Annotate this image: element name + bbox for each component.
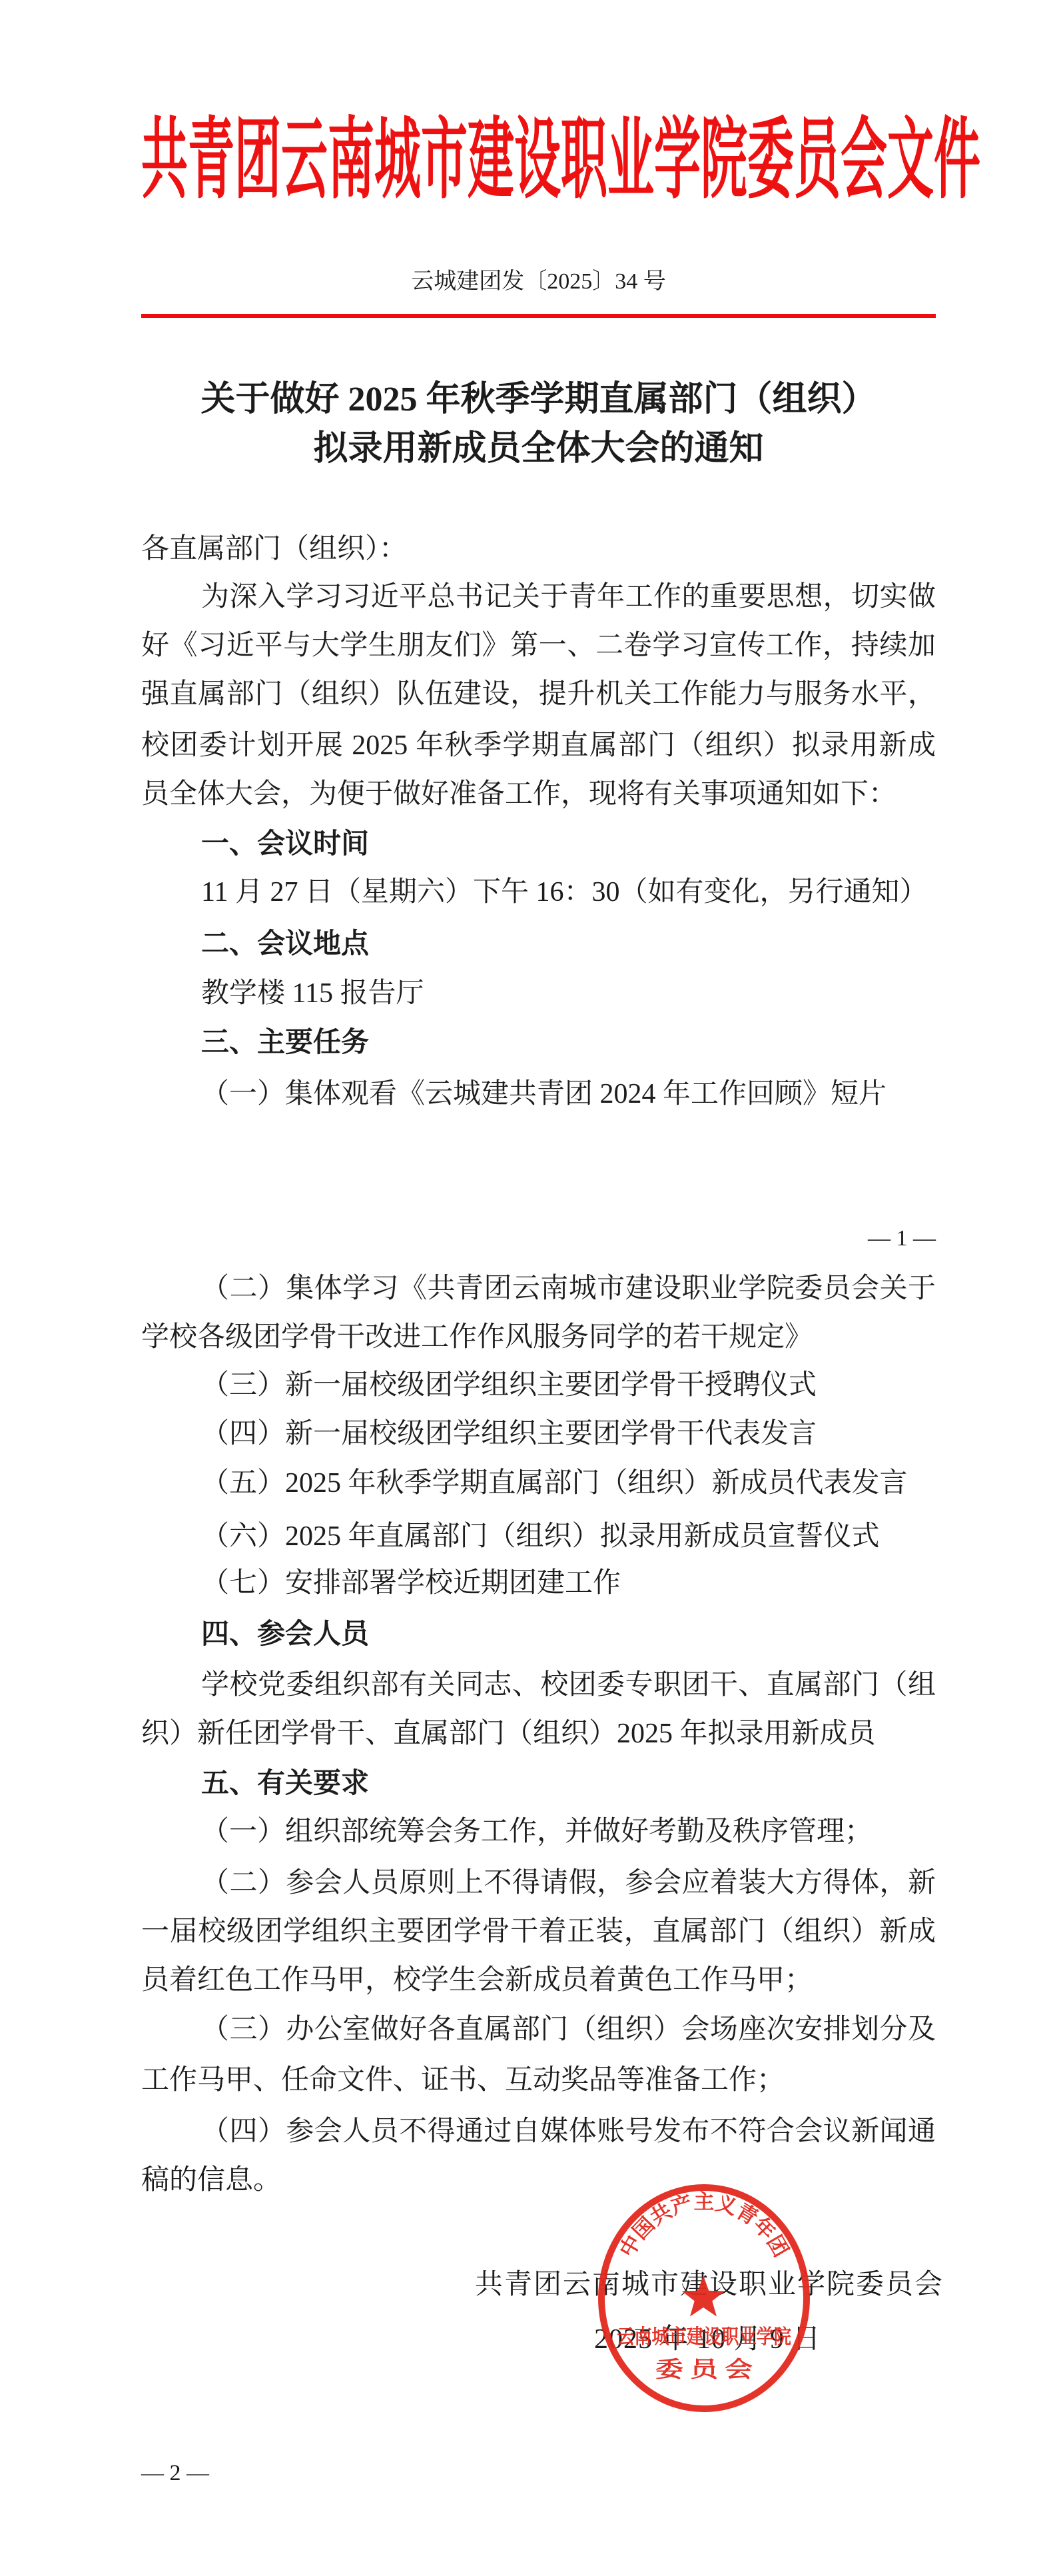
red-separator-line	[141, 314, 936, 318]
doc-number: 云城建团发〔2025〕34 号	[141, 263, 936, 295]
masthead-title: 共青团云南城市建设职业学院委员会文件	[141, 89, 936, 217]
body-line: 一、会议时间	[141, 827, 936, 860]
document-page: 共青团云南城市建设职业学院委员会文件 云城建团发〔2025〕34 号 关于做好 …	[0, 0, 1057, 2576]
body-line: 一届校级团学组织主要团学骨干着正装，直属部门（组织）新成	[141, 1915, 936, 1948]
body-line: （五）2025 年秋季学期直属部门（组织）新成员代表发言	[141, 1467, 936, 1500]
seal-bottom-text: 委 员 会	[655, 2357, 753, 2382]
signature-org: 共青团云南城市建设职业学院委员会	[475, 2262, 944, 2302]
document-content: 共青团云南城市建设职业学院委员会文件 云城建团发〔2025〕34 号 关于做好 …	[141, 0, 936, 2576]
body-line: （一）集体观看《云城建共青团 2024 年工作回顾》短片	[141, 1077, 936, 1111]
body-line: 员着红色工作马甲，校学生会新成员着黄色工作马甲；	[141, 1964, 936, 1997]
body-line: 员全体大会，为便于做好准备工作，现将有关事项通知如下：	[141, 778, 936, 811]
seal-arc-text: 中国共产主义青年团	[615, 2190, 793, 2261]
body-line: 强直属部门（组织）队伍建设，提升机关工作能力与服务水平，	[141, 678, 936, 711]
body-line: 学校党委组织部有关同志、校团委专职团干、直属部门（组	[141, 1668, 936, 1702]
body-line: （六）2025 年直属部门（组织）拟录用新成员宣誓仪式	[141, 1520, 936, 1553]
body-line: 三、主要任务	[141, 1025, 936, 1059]
body-line: （四）参会人员不得通过自媒体账号发布不符合会议新闻通	[141, 2115, 936, 2148]
body-line: （三）办公室做好各直属部门（组织）会场座次安排划分及	[141, 2013, 936, 2046]
body-line: （四）新一届校级团学组织主要团学骨干代表发言	[141, 1417, 936, 1451]
doc-title-line2: 拟录用新成员全体大会的通知	[141, 420, 936, 470]
body-line: 好《习近平与大学生朋友们》第一、二卷学习宣传工作，持续加	[141, 629, 936, 662]
body-line: 四、参会人员	[141, 1617, 936, 1650]
body-line: 学校各级团学骨干改进工作作风服务同学的若干规定》	[141, 1321, 936, 1354]
body-line: 织）新任团学骨干、直属部门（组织）2025 年拟录用新成员	[141, 1717, 936, 1750]
body-line: （二）集体学习《共青团云南城市建设职业学院委员会关于	[141, 1272, 936, 1305]
body-line: 校团委计划开展 2025 年秋季学期直属部门（组织）拟录用新成	[141, 729, 936, 762]
body-line: 为深入学习习近平总书记关于青年工作的重要思想，切实做	[141, 580, 936, 614]
body-line: 二、会议地点	[141, 927, 936, 960]
body-line: 五、有关要求	[141, 1766, 936, 1800]
doc-title-line1: 关于做好 2025 年秋季学期直属部门（组织）	[141, 370, 936, 420]
body-line: （一）组织部统筹会务工作，并做好考勤及秩序管理；	[141, 1815, 936, 1848]
body-line: 工作马甲、任命文件、证书、互动奖品等准备工作；	[141, 2064, 936, 2097]
body-line: （七）安排部署学校近期团建工作	[141, 1567, 936, 1600]
page-number: — 2 —	[141, 2460, 936, 2487]
body-line: （三）新一届校级团学组织主要团学骨干授聘仪式	[141, 1369, 936, 1402]
signature-date: 2025 年 10 月 9 日	[594, 2317, 821, 2357]
body-line: 稿的信息。	[141, 2164, 936, 2197]
body-line: 11 月 27 日（星期六）下午 16：30（如有变化，另行通知）	[141, 876, 936, 909]
body-line: （二）参会人员原则上不得请假，参会应着装大方得体，新	[141, 1866, 936, 1900]
body-line: 各直属部门（组织）：	[141, 532, 936, 566]
page-number: — 1 —	[141, 1225, 936, 1252]
body-line: 教学楼 115 报告厅	[141, 977, 936, 1010]
